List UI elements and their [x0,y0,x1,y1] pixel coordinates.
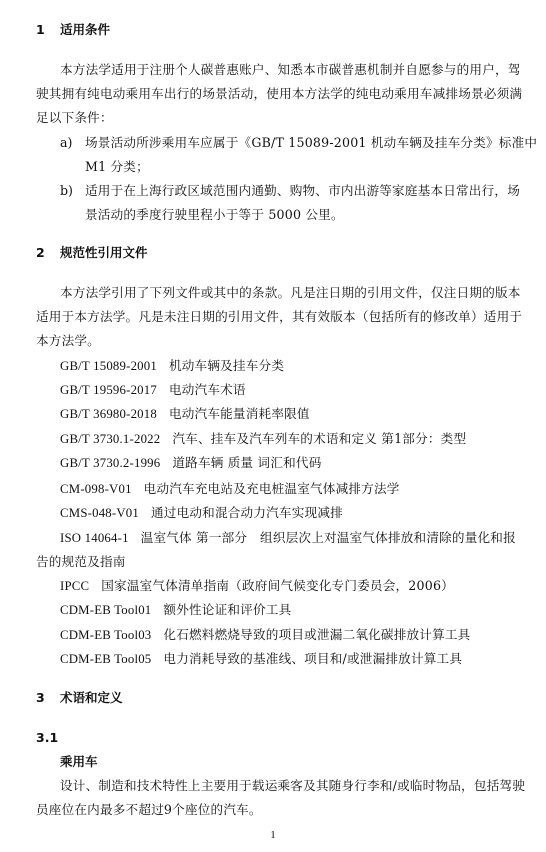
section-title: 术语和定义 [60,690,123,705]
definition-line: 设计、制造和技术特性上主要用于载运乘客及其随身行李和/或临时物品，包括驾驶 [60,778,518,794]
reference-item: CDM-EB Tool03化石燃料燃烧导致的项目或泄漏二氧化碳排放计算工具 [60,627,518,643]
reference-title: 化石燃料燃烧导致的项目或泄漏二氧化碳排放计算工具 [163,627,470,642]
reference-continuation: 告的规范及指南 [36,554,518,570]
page-number: 1 [0,828,546,842]
paragraph-line: 本方法学适用于注册个人碳普惠账户、知悉本市碳普惠机制并自愿参与的用户，驾 [60,62,518,78]
reference-title: 道路车辆 质量 词汇和代码 [172,455,321,470]
reference-code: CDM-EB Tool01 [60,603,151,617]
reference-item: GB/T 36980-2018电动汽车能量消耗率限值 [60,406,518,422]
reference-item: ISO 14064-1温室气体 第一部分 组织层次上对温室气体排放和清除的量化和… [60,530,518,546]
list-label: b) [60,183,73,199]
reference-item: CMS-048-V01通过电动和混合动力汽车实现减排 [60,505,518,521]
section-2-heading: 2规范性引用文件 [36,245,148,261]
reference-item: GB/T 3730.1-2022汽车、挂车及汽车列车的术语和定义 第1部分：类型 [60,431,518,447]
reference-code: GB/T 19596-2017 [60,383,157,397]
subsection-number: 3.1 [36,730,58,746]
reference-title: 机动车辆及挂车分类 [169,358,284,373]
reference-code: CDM-EB Tool03 [60,628,151,642]
reference-code: ISO 14064-1 [60,531,129,545]
reference-code: GB/T 3730.1-2022 [60,432,160,446]
reference-item: CDM-EB Tool05电力消耗导致的基准线、项目和/或泄漏排放计算工具 [60,651,518,667]
reference-item: IPCC国家温室气体清单指南（政府间气候变化专门委员会，2006） [60,578,518,594]
reference-code: IPCC [60,579,89,593]
list-label: a) [60,135,72,151]
reference-code: CDM-EB Tool05 [60,652,151,666]
reference-title: 国家温室气体清单指南（政府间气候变化专门委员会，2006） [101,578,454,593]
section-title: 规范性引用文件 [60,245,148,260]
section-number: 1 [36,22,60,38]
list-item-line: M1 分类； [85,159,518,175]
list-item-line: 景活动的季度行驶里程小于等于 5000 公里。 [85,207,518,223]
reference-code: CMS-048-V01 [60,506,139,520]
reference-title: 汽车、挂车及汽车列车的术语和定义 第1部分：类型 [172,431,466,446]
reference-item: GB/T 15089-2001机动车辆及挂车分类 [60,358,518,374]
reference-title: 额外性论证和评价工具 [163,602,291,617]
section-3-heading: 3术语和定义 [36,690,123,706]
reference-title: 电力消耗导致的基准线、项目和/或泄漏排放计算工具 [163,651,462,666]
document-page: 1适用条件 本方法学适用于注册个人碳普惠账户、知悉本市碳普惠机制并自愿参与的用户… [0,0,546,852]
reference-item: GB/T 3730.2-1996道路车辆 质量 词汇和代码 [60,455,518,471]
term-title: 乘用车 [60,754,98,770]
reference-item: CDM-EB Tool01额外性论证和评价工具 [60,602,518,618]
reference-item: GB/T 19596-2017电动汽车术语 [60,382,518,398]
reference-code: GB/T 36980-2018 [60,407,157,421]
section-1-heading: 1适用条件 [36,22,110,38]
list-item-line: 适用于在上海行政区域范围内通勤、购物、市内出游等家庭基本日常出行，场 [85,183,518,199]
reference-title: 电动汽车能量消耗率限值 [169,406,310,421]
paragraph-line: 足以下条件： [36,110,518,126]
paragraph-line: 本方法学。 [36,333,518,349]
section-number: 3 [36,690,60,706]
reference-title: 电动汽车术语 [169,382,246,397]
reference-title: 电动汽车充电站及充电桩温室气体减排方法学 [144,481,400,496]
paragraph-line: 本方法学引用了下列文件或其中的条款。凡是注日期的引用文件，仅注日期的版本 [60,285,518,301]
reference-code: CM-098-V01 [60,482,132,496]
list-item-line: 场景活动所涉乘用车应属于《GB/T 15089-2001 机动车辆及挂车分类》标… [85,135,518,151]
reference-title: 通过电动和混合动力汽车实现减排 [151,505,343,520]
paragraph-line: 适用于本方法学。凡是未注日期的引用文件，其有效版本（包括所有的修改单）适用于 [36,309,518,325]
section-title: 适用条件 [60,22,110,37]
reference-item: CM-098-V01电动汽车充电站及充电桩温室气体减排方法学 [60,481,518,497]
reference-code: GB/T 15089-2001 [60,359,157,373]
definition-line: 员座位在内最多不超过9个座位的汽车。 [36,802,518,818]
section-number: 2 [36,245,60,261]
reference-code: GB/T 3730.2-1996 [60,456,160,470]
reference-title: 温室气体 第一部分 组织层次上对温室气体排放和清除的量化和报 [141,530,516,545]
paragraph-line: 驶其拥有纯电动乘用车出行的场景活动，使用本方法学的纯电动乘用车减排场景必须满 [36,86,518,102]
